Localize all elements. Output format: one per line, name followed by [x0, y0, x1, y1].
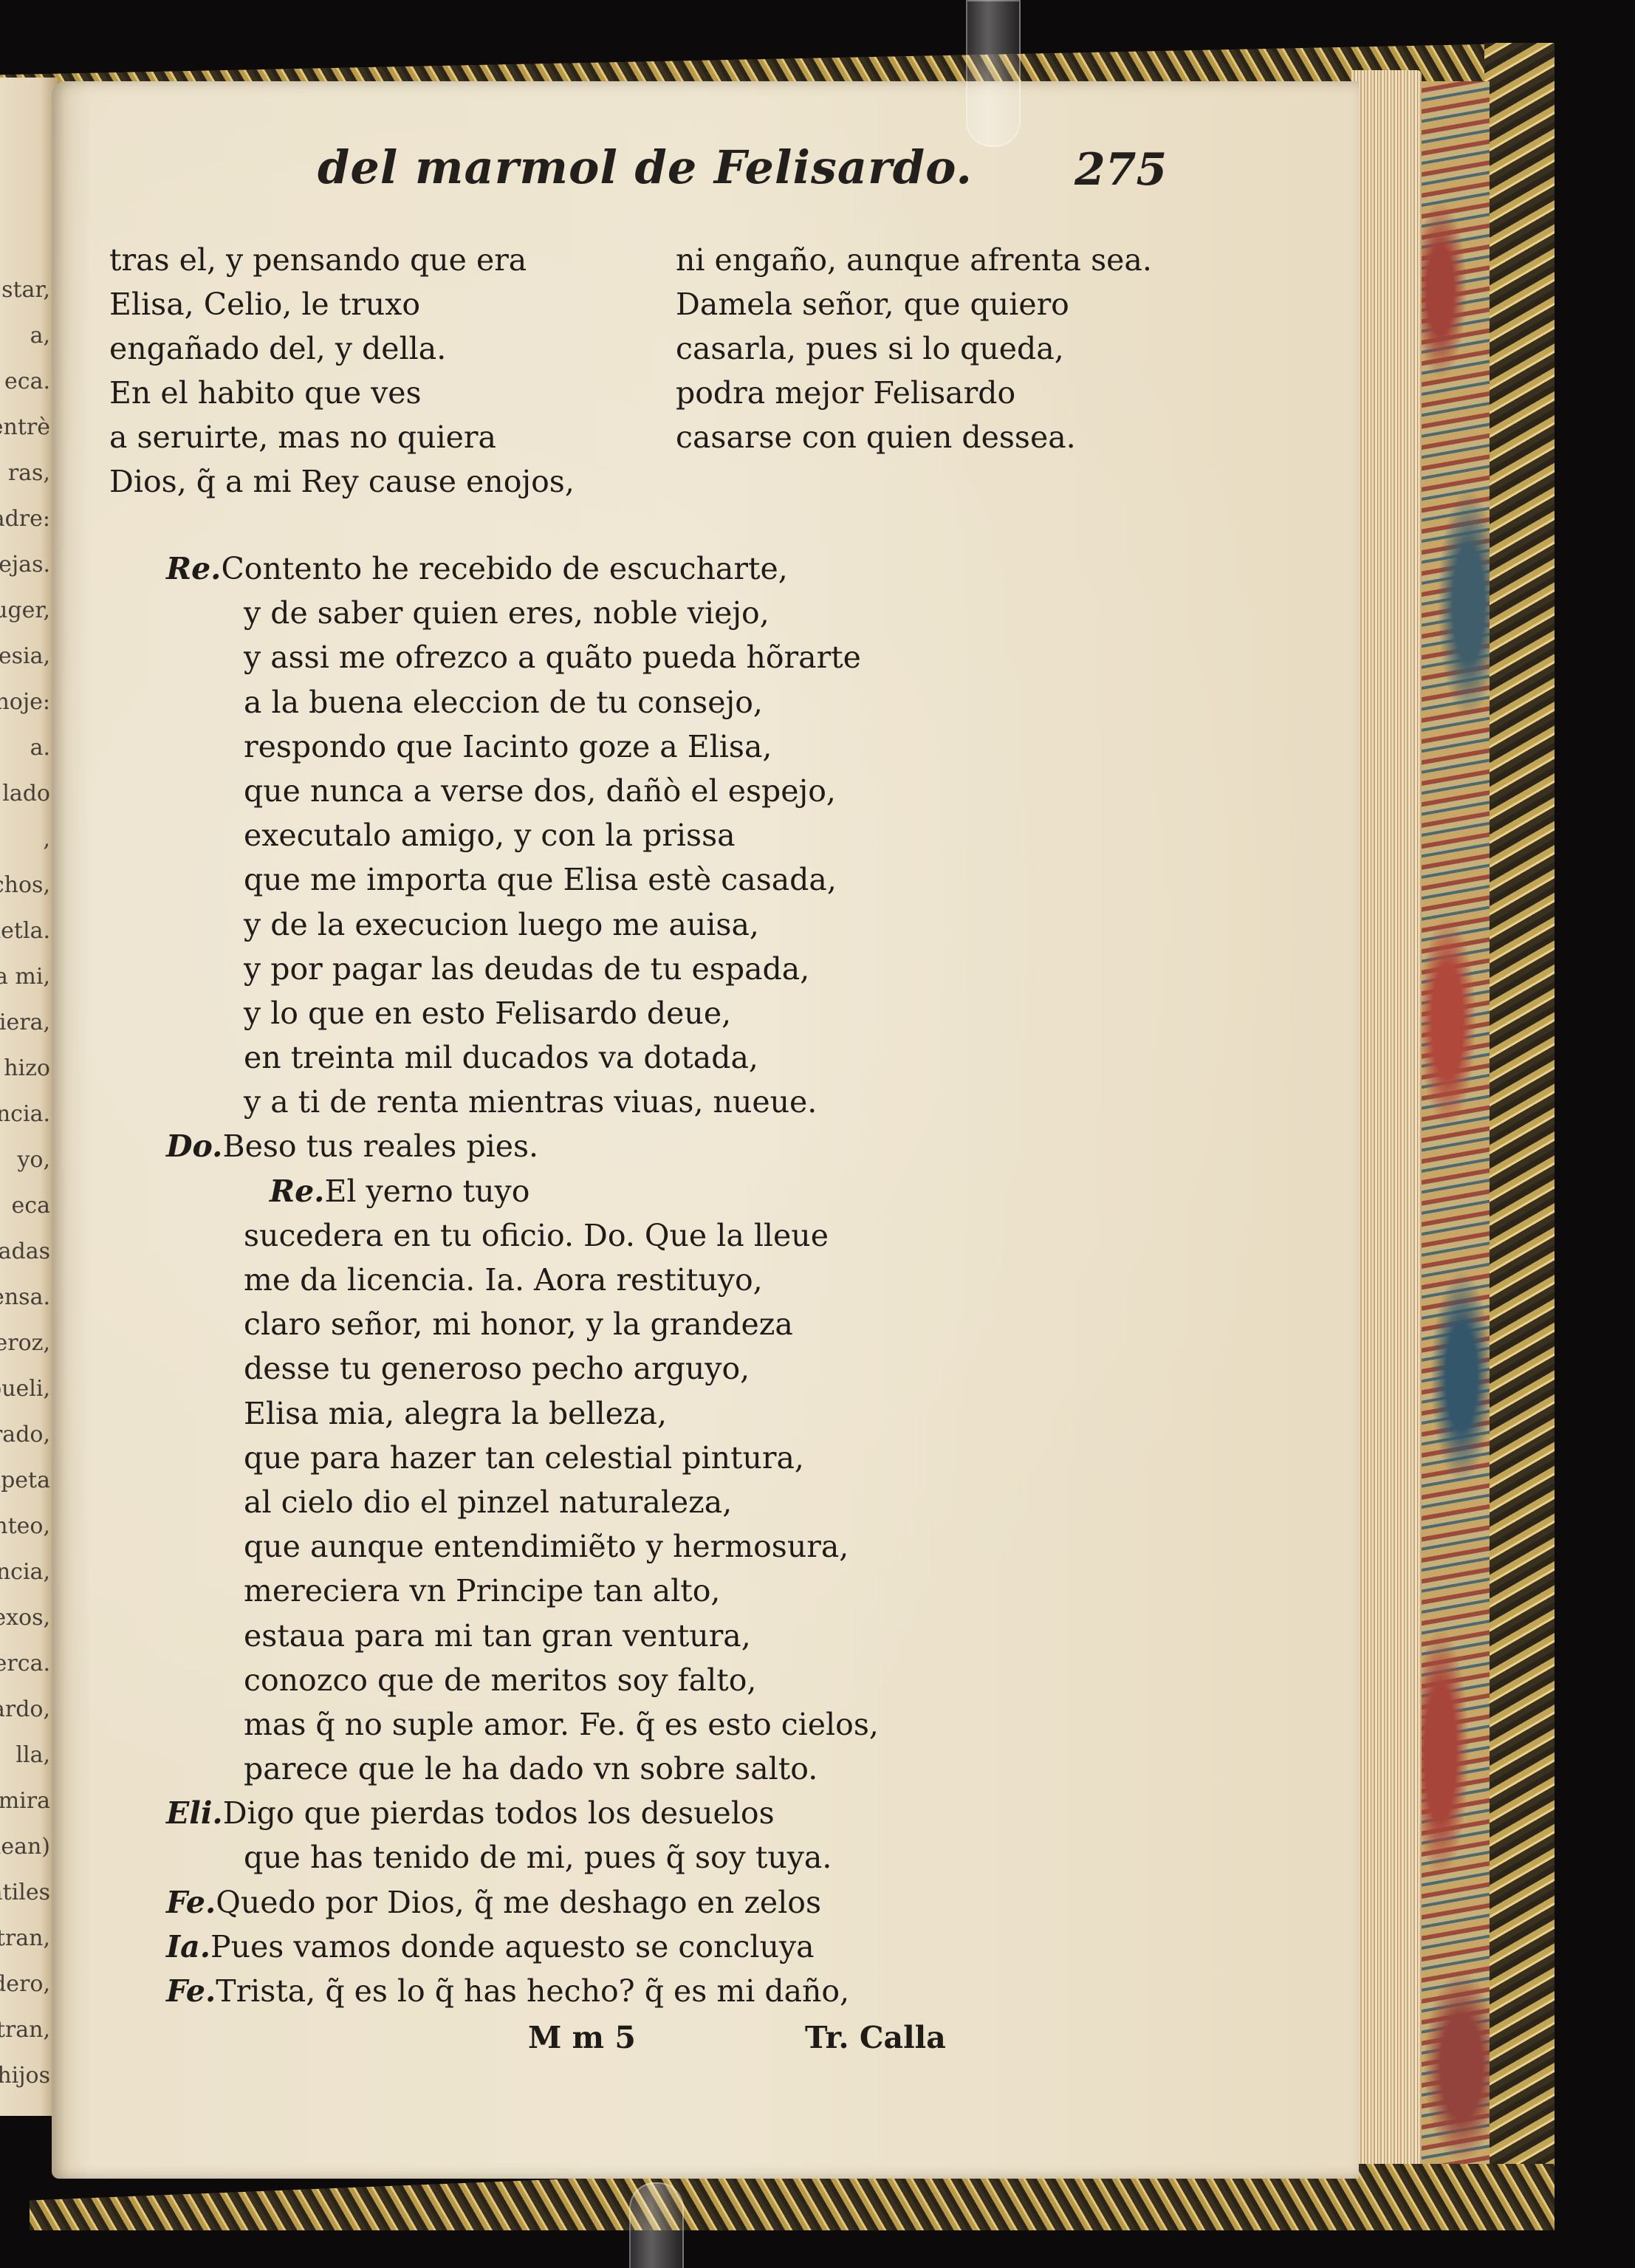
- dialogue-line: Fe.Trista, q̃ es lo q̃ has hecho? q̃ es …: [166, 1969, 879, 2013]
- dialogue-block: Re.Contento he recebido de escucharte,y …: [188, 547, 879, 2013]
- line-text: en treinta mil ducados va dotada,: [244, 1040, 758, 1075]
- dialogue-line: y de saber quien eres, noble viejo,: [244, 591, 879, 635]
- facing-page-line: enoje:: [0, 689, 50, 715]
- facing-page-line: y mil Gentiles: [0, 1880, 50, 1905]
- line-text: parece que le ha dado vn sobre salto.: [244, 1751, 817, 1786]
- line-text: a la buena eleccion de tu consejo,: [244, 685, 763, 720]
- line-text: y assi me ofrezco a quãto pueda hõrarte: [244, 640, 861, 675]
- facing-page-line: istencia,: [0, 1559, 50, 1585]
- facing-page-line: encia.: [0, 1101, 50, 1127]
- verse-line: podra mejor Felisardo: [676, 371, 1152, 415]
- top-column-right: ni engaño, aunque afrenta sea. Damela se…: [676, 238, 1152, 459]
- facing-page-line: cerca.: [0, 1651, 50, 1676]
- dialogue-line: desse tu generoso pecho arguyo,: [244, 1346, 879, 1391]
- facing-page-line: ,: [43, 826, 50, 852]
- facing-page-line: lla,: [16, 1742, 50, 1768]
- line-text: que nunca a verse dos, dañò el espejo,: [244, 773, 836, 809]
- facing-page-line: gadas: [0, 1239, 50, 1264]
- speaker-tag: Re.: [166, 551, 221, 586]
- dialogue-line: Eli.Digo que pierdas todos los desuelos: [166, 1791, 879, 1835]
- verse-line: Dios, q̃ a mi Rey cause enojos,: [109, 459, 575, 504]
- verse-line: Damela señor, que quiero: [676, 282, 1152, 326]
- facing-page-line: s feroz,: [0, 1330, 50, 1356]
- line-text: Pues vamos donde aquesto se concluya: [210, 1929, 815, 1964]
- dialogue-line: y de la execucion luego me auisa,: [244, 902, 879, 947]
- dialogue-line: respondo que Iacinto goze a Elisa,: [244, 724, 879, 769]
- speaker-tag: Eli.: [166, 1795, 223, 1831]
- dialogue-line: Do.Beso tus reales pies.: [166, 1124, 879, 1168]
- facing-page-line: ras,: [8, 460, 50, 486]
- running-head: del marmol de Felisardo.: [318, 140, 973, 194]
- facing-page-line: a,: [30, 323, 50, 349]
- dialogue-line: y assi me ofrezco a quãto pueda hõrarte: [244, 635, 879, 679]
- facing-page-line: ça de lexos,: [0, 1605, 50, 1631]
- dialogue-line: que aunque entendimiẽto y hermosura,: [244, 1524, 879, 1569]
- facing-page-line: padre:: [0, 506, 50, 532]
- dialogue-line: y por pagar las deudas de tu espada,: [244, 947, 879, 991]
- page-clip-bottom: [629, 2182, 684, 2268]
- line-text: y por pagar las deudas de tu espada,: [244, 951, 809, 987]
- page-fore-edge: [1351, 70, 1422, 2168]
- dialogue-line: Re.Contento he recebido de escucharte,: [166, 547, 879, 591]
- dialogue-line: parece que le ha dado vn sobre salto.: [244, 1747, 879, 1791]
- line-text: que me importa que Elisa estè casada,: [244, 862, 837, 897]
- line-text: conozco que de meritos soy falto,: [244, 1662, 756, 1698]
- dialogue-line: mereciera vn Principe tan alto,: [244, 1569, 879, 1613]
- line-text: estaua para mi tan gran ventura,: [244, 1618, 751, 1654]
- facing-page-line: s ouejas.: [0, 552, 50, 578]
- dialogue-line: al cielo dio el pinzel naturaleza,: [244, 1480, 879, 1524]
- facing-page-line: yo,: [17, 1147, 50, 1173]
- verse-line: engañado del, y della.: [109, 326, 575, 371]
- facing-page-line: lado: [2, 781, 50, 806]
- line-text: Contento he recebido de escucharte,: [221, 551, 787, 586]
- verse-line: En el habito que ves: [109, 371, 575, 415]
- speaker-tag: Fe.: [166, 1885, 216, 1920]
- marbled-endpaper: [1419, 81, 1490, 2171]
- dialogue-line: y a ti de renta mientras viuas, nueue.: [244, 1080, 879, 1124]
- line-text: sucedera en tu oficio. Do. Que la lleue: [244, 1218, 829, 1253]
- speaker-tag: Do.: [166, 1128, 222, 1164]
- line-text: y a ti de renta mientras viuas, nueue.: [244, 1084, 817, 1120]
- facing-page-line: is hijos: [0, 2063, 50, 2089]
- facing-page-line: glesia,: [0, 643, 50, 669]
- facing-page-line: os (mira: [0, 1788, 50, 1814]
- facing-page-line: tensa.: [0, 1284, 50, 1310]
- line-text: que has tenido de mi, pues q̃ soy tuya.: [244, 1840, 832, 1875]
- dialogue-line: que me importa que Elisa estè casada,: [244, 857, 879, 902]
- verse-line: tras el, y pensando que era: [109, 238, 575, 282]
- top-column-left: tras el, y pensando que era Elisa, Celio…: [109, 238, 575, 504]
- facing-page-line: s pechos,: [0, 872, 50, 898]
- line-text: me da licencia. Ia. Aora restituyo,: [244, 1262, 763, 1298]
- signature-mark: M m 5: [528, 2020, 636, 2055]
- dialogue-line: mas q̃ no suple amor. Fe. q̃ es esto cie…: [244, 1702, 879, 1747]
- dialogue-line: en treinta mil ducados va dotada,: [244, 1035, 879, 1080]
- dialogue-line: executalo amigo, y con la prissa: [244, 813, 879, 857]
- dialogue-line: Re.El yerno tuyo: [270, 1169, 879, 1213]
- line-text: desse tu generoso pecho arguyo,: [244, 1351, 750, 1386]
- facing-page-line: isa hizo: [0, 1055, 50, 1081]
- verse-line: Elisa, Celio, le truxo: [109, 282, 575, 326]
- verse-line: a seruirte, mas no quiera: [109, 415, 575, 459]
- facing-page-line: y entrè: [0, 414, 50, 440]
- speaker-tag: Fe.: [166, 1973, 216, 2009]
- line-text: Beso tus reales pies.: [222, 1128, 538, 1164]
- dialogue-line: que has tenido de mi, pues q̃ soy tuya.: [244, 1835, 879, 1880]
- facing-page-line: diera,: [0, 1010, 50, 1035]
- dialogue-line: y lo que en esto Felisardo deue,: [244, 991, 879, 1035]
- page-clip-top: [966, 0, 1021, 147]
- facing-page-line: a y bueli,: [0, 1376, 50, 1402]
- dialogue-line: estaua para mi tan gran ventura,: [244, 1614, 879, 1658]
- dialogue-line: a la buena eleccion de tu consejo,: [244, 680, 879, 724]
- facing-page-line: eca: [12, 1193, 50, 1219]
- line-text: El yerno tuyo: [324, 1174, 529, 1209]
- line-text: Quedo por Dios, q̃ me deshago en zelos: [216, 1885, 821, 1920]
- book-photograph: e star,a,eca.y entrèras,padre:s ouejas.n…: [0, 0, 1635, 2268]
- dialogue-line: conozco que de meritos soy falto,: [244, 1658, 879, 1702]
- dialogue-line: que para hazer tan celestial pintura,: [244, 1436, 879, 1480]
- line-text: mereciera vn Principe tan alto,: [244, 1573, 720, 1609]
- dialogue-line: Fe.Quedo por Dios, q̃ me deshago en zelo…: [166, 1880, 879, 1925]
- facing-page-line: il trompeta: [0, 1467, 50, 1493]
- line-text: que aunque entendimiẽto y hermosura,: [244, 1529, 849, 1564]
- line-text: que para hazer tan celestial pintura,: [244, 1440, 804, 1476]
- dialogue-line: Ia.Pues vamos donde aquesto se concluya: [166, 1925, 879, 1969]
- line-text: al cielo dio el pinzel naturaleza,: [244, 1484, 732, 1520]
- facing-page-line: etran,: [0, 2017, 50, 2043]
- line-text: y de saber quien eres, noble viejo,: [244, 595, 769, 631]
- facing-page-line: eca.: [4, 369, 50, 394]
- line-text: claro señor, mi honor, y la grandeza: [244, 1306, 793, 1342]
- line-text: mas q̃ no suple amor. Fe. q̃ es esto cie…: [244, 1707, 879, 1742]
- dialogue-line: que nunca a verse dos, dañò el espejo,: [244, 769, 879, 813]
- facing-page-line: Felisardo,: [0, 1696, 50, 1722]
- line-text: Digo que pierdas todos los desuelos: [223, 1795, 775, 1831]
- gilt-border-right: [1484, 43, 1555, 2230]
- facing-page-line: redero,: [0, 1971, 50, 1997]
- facing-page-line: nuger,: [0, 597, 50, 623]
- facing-page-line: odean): [0, 1834, 50, 1860]
- facing-page-line: entran,: [0, 1925, 50, 1951]
- verse-line: ni engaño, aunque afrenta sea.: [676, 238, 1152, 282]
- line-text: executalo amigo, y con la prissa: [244, 818, 736, 853]
- dialogue-line: Elisa mia, alegra la belleza,: [244, 1391, 879, 1436]
- speaker-tag: Re.: [270, 1174, 324, 1209]
- line-text: y lo que en esto Felisardo deue,: [244, 996, 731, 1031]
- facing-page-line: a mi,: [0, 964, 50, 990]
- line-text: y de la execucion luego me auisa,: [244, 907, 759, 942]
- facing-page-line: a.: [30, 735, 50, 761]
- line-text: Elisa mia, alegra la belleza,: [244, 1396, 667, 1431]
- dialogue-line: claro señor, mi honor, y la grandeza: [244, 1302, 879, 1346]
- facing-page-line: rado,: [0, 1422, 50, 1448]
- line-text: respondo que Iacinto goze a Elisa,: [244, 729, 772, 764]
- facing-page-line: e star,: [0, 277, 50, 303]
- verse-line: casarla, pues si lo queda,: [676, 326, 1152, 371]
- dialogue-line: me da licencia. Ia. Aora restituyo,: [244, 1258, 879, 1302]
- line-text: Trista, q̃ es lo q̃ has hecho? q̃ es mi …: [216, 1973, 849, 2009]
- catchword: Tr. Calla: [805, 2020, 946, 2055]
- page-number: 275: [1074, 144, 1167, 196]
- facing-page-line: que manteo,: [0, 1513, 50, 1539]
- verse-line: casarse con quien dessea.: [676, 415, 1152, 459]
- speaker-tag: Ia.: [166, 1929, 210, 1964]
- facing-page-fragment: e star,a,eca.y entrèras,padre:s ouejas.n…: [0, 78, 58, 2116]
- dialogue-line: sucedera en tu oficio. Do. Que la lleue: [244, 1213, 879, 1258]
- facing-page-line: netla.: [0, 918, 50, 944]
